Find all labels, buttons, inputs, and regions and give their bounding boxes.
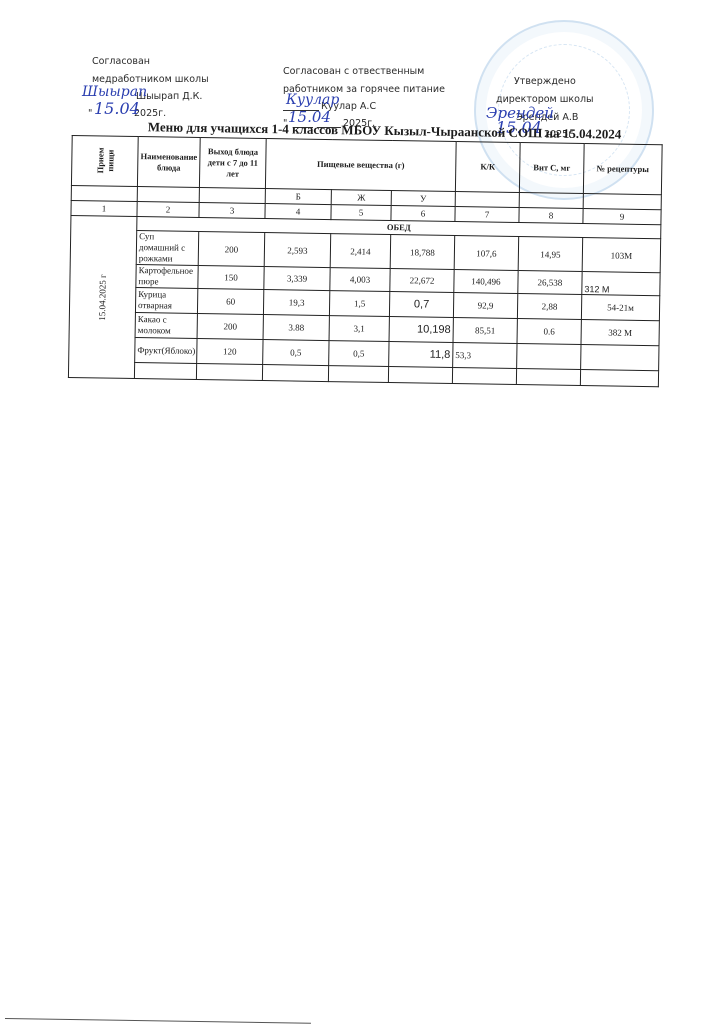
fat: 3,1 — [329, 316, 389, 342]
subheader-empty — [455, 192, 519, 208]
column-number: 2 — [137, 202, 199, 218]
column-number: 1 — [71, 200, 137, 216]
carbs: 0,7 — [389, 292, 453, 318]
portion: 200 — [197, 313, 263, 339]
fat: 4,003 — [330, 268, 390, 292]
approval-medical-date-prefix: " — [88, 108, 92, 119]
header-dish: Наименование блюда — [137, 137, 200, 188]
kcal: 92,9 — [453, 293, 517, 319]
vitamin-c: 0.6 — [517, 319, 581, 345]
carbs — [388, 367, 452, 384]
signature-catering: Куулар — [286, 92, 339, 108]
fat: 1,5 — [329, 291, 389, 317]
subheader-empty — [583, 194, 661, 210]
date-label: 15.04.2025 г — [97, 274, 108, 321]
portion: 150 — [198, 266, 264, 290]
portion: 200 — [198, 232, 265, 267]
recipe-number: 382 М — [581, 320, 659, 346]
fat: 0,5 — [329, 341, 389, 367]
header-kcal: К/К — [455, 142, 520, 193]
recipe-number — [580, 370, 658, 387]
column-number: 5 — [331, 205, 391, 221]
header-meal-text: Прием пищи — [95, 140, 116, 180]
protein: 3.88 — [263, 315, 329, 341]
kcal: 53,3 — [453, 343, 517, 369]
portion: 120 — [197, 338, 263, 364]
dish-name: Курица отварная — [135, 288, 197, 314]
recipe-number: 312 М — [582, 272, 660, 296]
kcal: 140,496 — [454, 270, 518, 294]
carbs: 11,8 — [389, 342, 453, 368]
signature-medical: Шыырап — [82, 84, 147, 100]
date-cell: 15.04.2025 г — [68, 215, 137, 378]
carbs: 18,788 — [390, 235, 455, 270]
column-number: 3 — [199, 203, 265, 219]
header-row: Прием пищи Наименование блюда Выход блюд… — [71, 136, 662, 195]
vitamin-c: 2,88 — [517, 294, 581, 320]
approval-medical-line1: Согласован — [92, 56, 150, 67]
subheader-empty — [199, 188, 265, 204]
scan-edge-line — [5, 1018, 311, 1024]
recipe-number — [581, 345, 659, 371]
protein: 0,5 — [263, 340, 329, 366]
dish-name: Суп домашний с рожками — [136, 231, 199, 266]
subheader-b: Б — [265, 189, 331, 205]
recipe-number: 54-21м — [581, 295, 659, 321]
dish-name: Картофельное пюре — [136, 265, 198, 289]
subheader-empty — [71, 185, 137, 201]
menu-table: Прием пищи Наименование блюда Выход блюд… — [68, 135, 663, 387]
header-recipe: № рецептуры — [583, 144, 662, 195]
protein — [262, 365, 328, 382]
carbs: 10,198 — [389, 317, 453, 343]
fat — [328, 366, 388, 383]
handwritten-date-medical: 15.04 — [94, 99, 140, 118]
kcal: 85,51 — [453, 318, 517, 344]
approval-catering-line1: Согласован с отвественным — [283, 66, 424, 77]
vitamin-c: 14,95 — [518, 237, 583, 272]
subheader-empty — [519, 193, 583, 209]
column-number: 7 — [455, 207, 519, 223]
column-number: 9 — [583, 209, 661, 225]
column-number: 4 — [265, 204, 331, 220]
vitamin-c — [516, 369, 580, 386]
subheader-zh: Ж — [331, 190, 391, 206]
subheader-u: У — [391, 191, 455, 207]
dish-name: Какао с молоком — [135, 313, 197, 339]
carbs: 22,672 — [390, 269, 454, 293]
approval-director-line1: Утверждено — [514, 76, 576, 87]
header-vitc: Вит С, мг — [519, 143, 584, 194]
kcal — [452, 368, 516, 385]
vitamin-c: 26,538 — [518, 271, 582, 295]
dish-name — [134, 363, 196, 380]
column-number: 8 — [519, 208, 583, 224]
protein: 2,593 — [264, 233, 331, 268]
fat: 2,414 — [330, 234, 391, 269]
header-portion: Выход блюда дети с 7 до 11 лет — [199, 138, 266, 189]
kcal: 107,6 — [454, 236, 519, 271]
dish-name: Фрукт(Яблоко) — [135, 338, 197, 364]
header-nutrients: Пищевые вещества (г) — [265, 139, 456, 192]
column-number: 6 — [391, 206, 455, 222]
portion: 60 — [197, 288, 263, 314]
vitamin-c — [517, 344, 581, 370]
subheader-empty — [137, 187, 199, 203]
recipe-number: 103М — [582, 238, 661, 273]
protein: 3,339 — [264, 267, 330, 291]
portion — [196, 363, 262, 380]
header-meal: Прием пищи — [71, 136, 138, 187]
protein: 19,3 — [263, 290, 329, 316]
